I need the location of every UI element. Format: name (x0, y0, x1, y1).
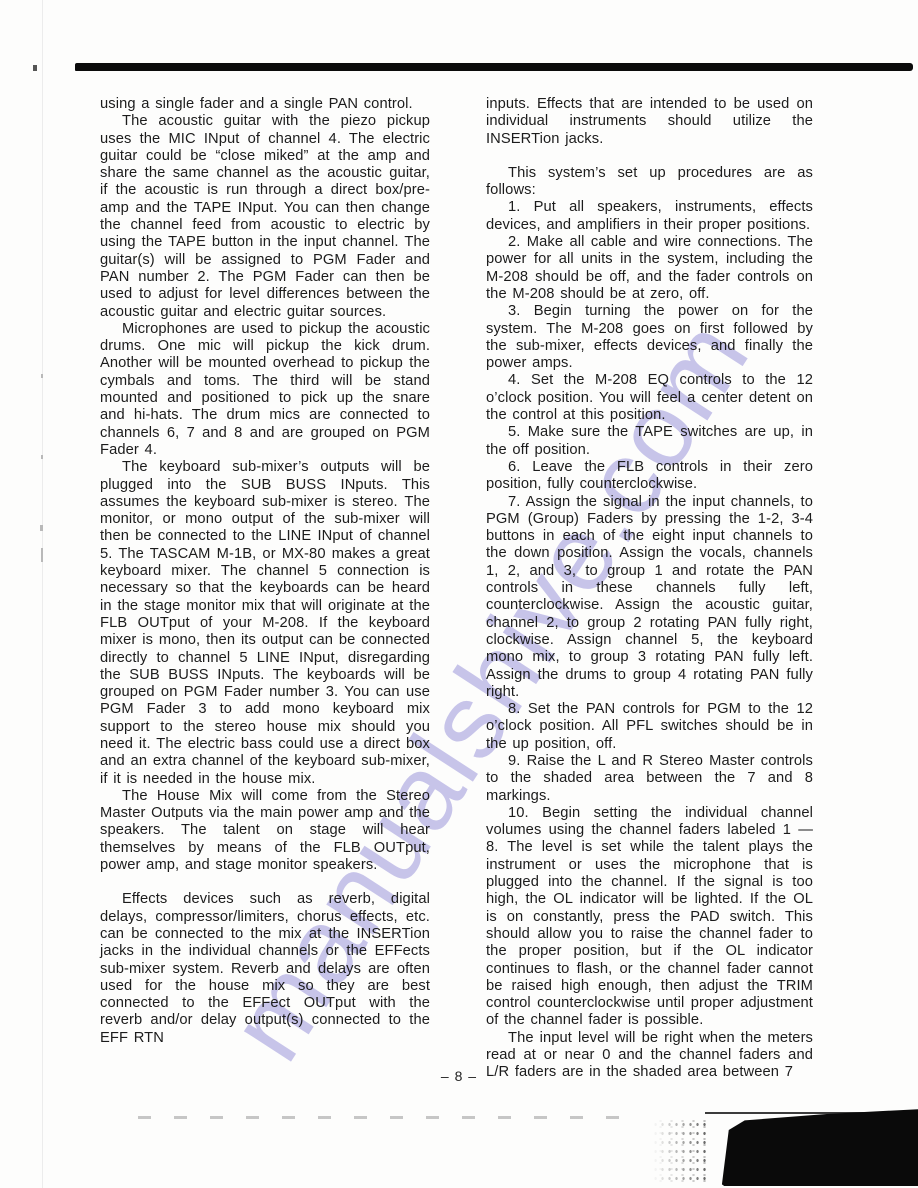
paragraph: Effects devices such as reverb, digital … (100, 891, 430, 1047)
paragraph: inputs. Effects that are intended to be … (486, 96, 813, 148)
paragraph: 1. Put all speakers, instruments, effect… (486, 199, 813, 234)
scan-mark (41, 374, 43, 378)
top-rule-tick (33, 65, 37, 71)
scan-artifact-blob (690, 1106, 918, 1186)
left-text-column: using a single fader and a single PAN co… (100, 96, 430, 1047)
paragraph: 7. Assign the signal in the input channe… (486, 494, 813, 702)
paragraph: This system’s set up procedures are as f… (486, 165, 813, 200)
paragraph: The acoustic guitar with the piezo picku… (100, 113, 430, 321)
paragraph: The House Mix will come from the Stereo … (100, 788, 430, 874)
scan-mark (41, 548, 43, 562)
page-edge-line (42, 0, 43, 1188)
scan-speckle-noise (652, 1120, 707, 1182)
paragraph: 8. Set the PAN controls for PGM to the 1… (486, 701, 813, 753)
paragraph: 4. Set the M-208 EQ controls to the 12 o… (486, 372, 813, 424)
right-text-column: inputs. Effects that are intended to be … (486, 96, 813, 1082)
scan-mark (41, 455, 43, 459)
paragraph: using a single fader and a single PAN co… (100, 96, 430, 113)
paragraph: Microphones are used to pickup the acous… (100, 321, 430, 459)
paragraph: 2. Make all cable and wire connections. … (486, 234, 813, 303)
paragraph: 6. Leave the FLB controls in their zero … (486, 459, 813, 494)
scan-dash-row (138, 1116, 620, 1119)
paragraph: 3. Begin turning the power on for the sy… (486, 303, 813, 372)
paragraph: 9. Raise the L and R Stereo Master contr… (486, 753, 813, 805)
paragraph: 10. Begin setting the individual channel… (486, 805, 813, 1030)
page-number: – 8 – (0, 1068, 918, 1084)
paragraph: The keyboard sub-mixer’s outputs will be… (100, 459, 430, 788)
scanned-manual-page: manualshive.com using a single fader and… (0, 0, 918, 1188)
scan-mark (40, 525, 43, 531)
paragraph: 5. Make sure the TAPE switches are up, i… (486, 424, 813, 459)
top-rule (75, 63, 913, 71)
